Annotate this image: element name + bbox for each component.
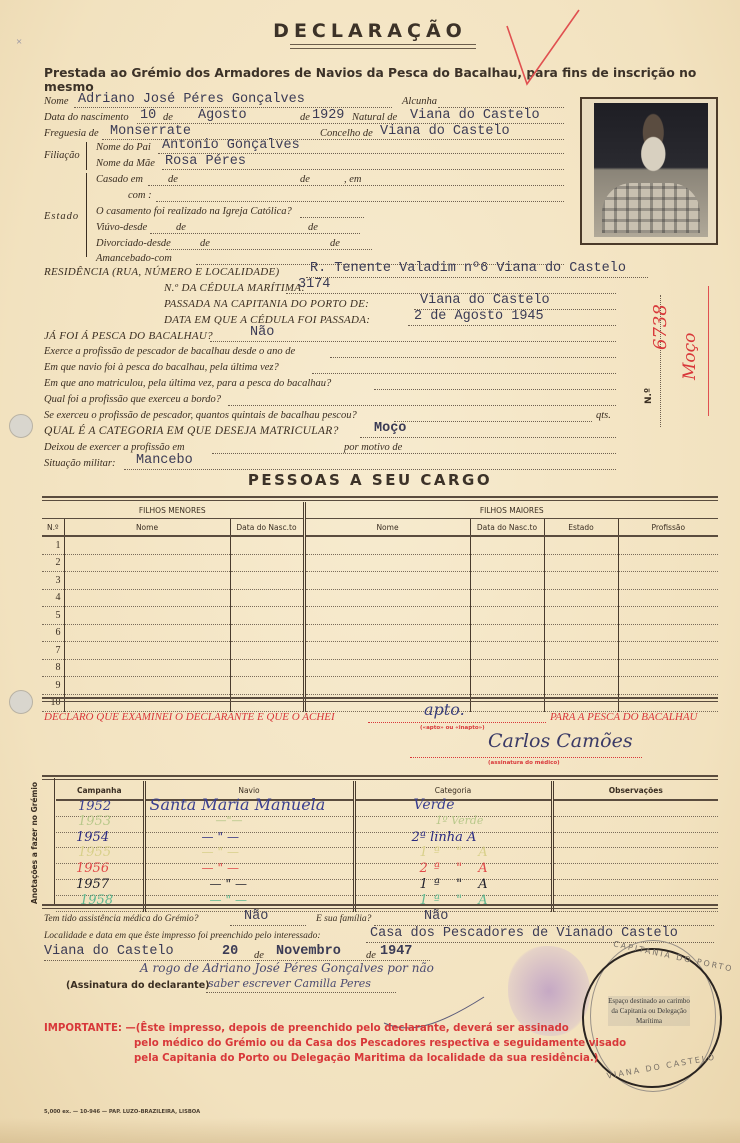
anotacoes-side-label: Anotações a fazer no Grémio (30, 782, 39, 904)
de-label: de (200, 238, 210, 249)
categoria-value: 2ª linha A (412, 830, 477, 845)
col-campanha: Campanha (56, 781, 144, 800)
nome-label: Nome (44, 96, 69, 107)
table-row: 3 (42, 572, 718, 590)
col-numero: N.º (42, 519, 64, 537)
profissao-label: Qual foi a profissão que exerceu a bordo… (44, 394, 221, 405)
table-row: 1954 —"— 2ª linha A (56, 832, 718, 848)
table-row: 4 (42, 589, 718, 607)
row-number: 7 (42, 642, 64, 660)
concelho-value: Viana do Castelo (380, 124, 510, 139)
em-label: , em (344, 174, 362, 185)
mes-value: Novembro (276, 944, 341, 959)
table-row: 9 (42, 677, 718, 695)
casado-label: Casado em (96, 174, 143, 185)
dia-value: 20 (222, 944, 238, 959)
militar-label: Situação militar: (44, 458, 115, 469)
table-row: 2 (42, 554, 718, 572)
title-underline (290, 44, 476, 49)
militar-value: Mancebo (136, 453, 193, 468)
printer-footer: 5,000 ex. — 10-946 — PAP. LUZO-BRAZILEIR… (44, 1109, 200, 1115)
row-number: 9 (42, 677, 64, 695)
de-label: de (168, 174, 178, 185)
com-label: com : (128, 190, 152, 201)
campanha-ano: 1953 (78, 814, 111, 829)
categoria-value: Moço (374, 421, 406, 436)
categoria-value: 1ª " A (420, 845, 494, 860)
campanha-ano: 1957 (76, 877, 109, 892)
capitania-value: Viana do Castelo (420, 293, 550, 308)
rogo-signature-line2: saber escrever Camilla Peres (208, 977, 371, 990)
water-stain (0, 1118, 740, 1143)
categoria-value: Verde (414, 797, 455, 813)
row-number: 1 (42, 536, 64, 554)
margin-annotation: Moço (680, 333, 700, 380)
medico-signature: Carlos Camões (488, 730, 633, 752)
important-line-3: pela Capitania do Porto ou Delegação Mar… (44, 1051, 626, 1066)
table-row: 6 (42, 624, 718, 642)
table-row: 1 (42, 536, 718, 554)
para-pesca-text: PARA A PESCA DO BACALHAU (550, 711, 698, 723)
de-label: de (308, 222, 318, 233)
table-top-rule (42, 496, 718, 501)
ano-value: 1947 (380, 944, 412, 959)
document-title: DECLARAÇÃO (0, 20, 740, 42)
col-nome-menores: Nome (64, 519, 230, 537)
nascimento-dia: 10 (140, 108, 156, 123)
assistencia-label: Tem tido assistência médica do Grémio? (44, 914, 199, 924)
important-notice: IMPORTANTE: —(Êste impresso, depois de p… (44, 1021, 626, 1066)
table-row: 5 (42, 607, 718, 625)
natural-label: Natural de (352, 112, 397, 123)
ja-foi-label: JÁ FOI Á PESCA DO BACALHAU? (44, 330, 213, 342)
red-margin-line (708, 286, 709, 416)
cedula-label: N.º DA CÉDULA MARÍTIMA: (164, 282, 305, 294)
assinatura-medico-hint: (assinatura do médico) (488, 760, 560, 766)
pencil-mark-x: × (16, 36, 22, 48)
de-label: de (163, 112, 173, 123)
row-number: 3 (42, 572, 64, 590)
dependents-table: FILHOS MENORES FILHOS MAIORES N.º Nome D… (42, 502, 718, 712)
motivo-label: por motivo de (344, 442, 402, 453)
igreja-label: O casamento foi realizado na Igreja Cató… (96, 206, 292, 217)
important-line-1: IMPORTANTE: —(Êste impresso, depois de p… (44, 1021, 626, 1036)
apto-hint: («apto» ou «inapto») (420, 725, 485, 731)
important-line-2: pelo médico do Grémio ou da Casa dos Pes… (44, 1036, 626, 1051)
table-bottom-rule (42, 697, 718, 702)
filiacao-label: Filiação (44, 150, 80, 161)
nome-value: Adriano José Péres Gonçalves (78, 92, 305, 107)
navio-value: Santa Maria Manuela (150, 795, 326, 814)
table-row: 1953 —"— 1º Verde (56, 816, 718, 832)
categoria-value: 2ª " A (420, 861, 494, 876)
residencia-label: RESIDÊNCIA (RUA, NÚMERO E LOCALIDADE) (44, 266, 279, 278)
pai-value: Antonio Gonçalves (162, 138, 300, 153)
navio-value: —"— (202, 845, 244, 859)
col-data-menores: Data do Nasc.to (230, 519, 304, 537)
concelho-label: Concelho de (320, 128, 373, 139)
cidade-value: Viana do Castelo (44, 944, 174, 959)
de-label: de (254, 950, 264, 961)
viuvo-label: Viúvo-desde (96, 222, 147, 233)
numero-value: 6738 (650, 304, 671, 350)
punch-hole-bottom (9, 690, 33, 714)
col-profissao: Profissão (618, 519, 718, 537)
assistencia-value: Não (244, 909, 268, 924)
red-check-mark (505, 6, 585, 91)
nascimento-label: Data do nascimento (44, 112, 129, 123)
ja-foi-value: Não (250, 325, 274, 340)
campaigns-table: Campanha Navio Categoria Observações 195… (56, 781, 718, 912)
nascimento-ano: 1929 (312, 108, 344, 123)
ano-matricula-label: Em que ano matriculou, pela última vez, … (44, 378, 331, 389)
capitania-label: PASSADA NA CAPITANIA DO PORTO DE: (164, 298, 369, 310)
freguesia-label: Freguesia de (44, 128, 99, 139)
de-label: de (300, 174, 310, 185)
campaigns-top-rule (42, 775, 718, 780)
punch-hole-top (9, 414, 33, 438)
navio-label: Em que navio foi à pesca do bacalhau, pe… (44, 362, 279, 373)
localidade-value: Casa dos Pescadores de Vianado Castelo (370, 926, 678, 941)
alcunha-label: Alcunha (402, 96, 437, 107)
document-subtitle: Prestada ao Grémio dos Armadores de Navi… (44, 66, 740, 94)
campaigns-bottom-rule (42, 904, 718, 909)
table-row: 1955 —"— 1ª " A (56, 848, 718, 864)
campanha-ano: 1954 (76, 830, 109, 845)
freguesia-value: Monserrate (110, 124, 191, 139)
row-number: 5 (42, 607, 64, 625)
amancebado-label: Amancebado-com (96, 253, 172, 264)
nascimento-mes: Agosto (198, 108, 247, 123)
filhos-menores-header: FILHOS MENORES (42, 502, 304, 519)
residencia-value: R. Tenente Valadim nº6 Viana do Castelo (310, 261, 626, 276)
table-row: 1952 Santa Maria Manuela Verde (56, 800, 718, 816)
localidade-label: Localidade e data em que êste impresso f… (44, 931, 321, 941)
categoria-label: QUAL É A CATEGORIA EM QUE DESEJA MATRICU… (44, 425, 339, 437)
col-observacoes: Observações (552, 781, 718, 800)
de-label: de (176, 222, 186, 233)
campanha-ano: 1955 (78, 845, 111, 860)
categoria-value: 1ª " A (420, 877, 494, 892)
quintais-unit: qts. (596, 410, 611, 421)
data-cedula-value: 2 de Agosto 1945 (414, 309, 544, 324)
navio-value: —"— (202, 861, 244, 875)
rogo-signature: A rogo de Adriano José Péres Gonçalves p… (140, 961, 434, 975)
row-number: 4 (42, 589, 64, 607)
col-nome-maiores: Nome (304, 519, 470, 537)
table-row: 8 (42, 659, 718, 677)
navio-value: —"— (210, 877, 252, 891)
row-number: 6 (42, 624, 64, 642)
numero-label: N.º (644, 388, 654, 404)
declaro-text: DECLARO QUE EXAMINEI O DECLARANTE E QUE … (44, 711, 335, 723)
estado-label: Estado (44, 211, 79, 222)
deixou-label: Deixou de exercer a profissão em (44, 442, 185, 453)
mae-label: Nome da Mãe (96, 158, 155, 169)
familia-value: Não (424, 909, 448, 924)
assinatura-declarante-label: (Assinatura do declarante) (66, 980, 210, 991)
mae-value: Rosa Péres (165, 154, 246, 169)
campanha-ano: 1956 (76, 861, 109, 876)
pai-label: Nome do Pai (96, 142, 151, 153)
cedula-value: 3174 (298, 277, 330, 292)
categoria-value: 1º Verde (436, 814, 484, 827)
table-row: 1957 —"— 1ª " A (56, 879, 718, 895)
table-row: 7 (42, 642, 718, 660)
divorciado-label: Divorciado-desde (96, 238, 171, 249)
de-label: de (300, 112, 310, 123)
table-row: 1956 —"— 2ª " A (56, 864, 718, 880)
campanha-ano: 1952 (78, 799, 111, 814)
de-label: de (330, 238, 340, 249)
quintais-label: Se exerceu o profissão de pescador, quan… (44, 410, 357, 421)
col-estado: Estado (544, 519, 618, 537)
de-label: de (366, 950, 376, 961)
familia-label: E sua família? (316, 914, 371, 924)
navio-value: —"— (216, 814, 243, 827)
cargo-title: PESSOAS A SEU CARGO (0, 471, 740, 489)
applicant-photo (580, 97, 718, 245)
natural-value: Viana do Castelo (410, 108, 540, 123)
row-number: 2 (42, 554, 64, 572)
navio-value: —"— (202, 830, 244, 844)
filhos-maiores-header: FILHOS MAIORES (304, 502, 718, 519)
exerce-label: Exerce a profissão de pescador de bacalh… (44, 346, 295, 357)
apto-value: apto. (424, 700, 465, 719)
row-number: 8 (42, 659, 64, 677)
col-data-maiores: Data do Nasc.to (470, 519, 544, 537)
